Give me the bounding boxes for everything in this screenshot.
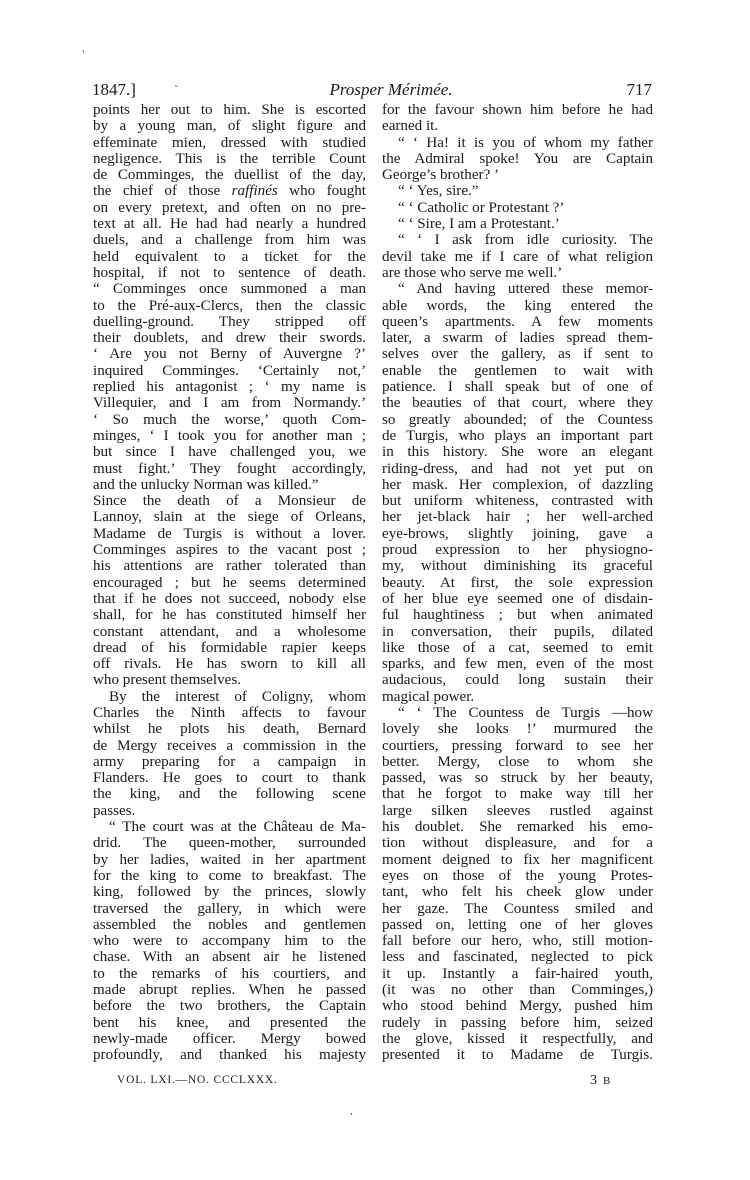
text-line: are those who serve me well.’ xyxy=(382,265,653,281)
text-line: better. Mergy, close to whom she xyxy=(382,754,653,770)
text-line: “ ‘ The Countess de Turgis —how xyxy=(382,705,653,721)
text-line: George’s brother? ’ xyxy=(382,167,653,183)
text-line: hospital, if not to sentence of death. xyxy=(93,265,366,281)
text-line: (it was no other than Comminges,) xyxy=(382,982,653,998)
text-line: less and fascinated, neglected to pick xyxy=(382,949,653,965)
volume-signature: VOL. LXI.—NO. CCCLXXX. xyxy=(117,1074,278,1086)
sheet-letter: B xyxy=(603,1075,610,1087)
text-line: later, a swarm of ladies spread them- xyxy=(382,330,653,346)
text-line: who stood behind Mergy, pushed him xyxy=(382,998,653,1014)
text-line: ‘ Are you not Berny of Auvergne ?’ xyxy=(93,346,366,362)
text-line: but uniform whiteness, contrasted with xyxy=(382,493,653,509)
text-line: in conversation, their pupils, dilated xyxy=(382,624,653,640)
text-line: to the remarks of his courtiers, and xyxy=(93,966,366,982)
text-line: their doublets, and drew their swords. xyxy=(93,330,366,346)
text-line: ‘ So much the worse,’ quoth Com- xyxy=(93,412,366,428)
text-line: by a young man, of slight figure and xyxy=(93,118,366,134)
text-line: passes. xyxy=(93,803,366,819)
text-line: held equivalent to a ticket for the xyxy=(93,249,366,265)
text-line: king, followed by the princes, slowly xyxy=(93,884,366,900)
scan-speck: , xyxy=(350,1107,353,1117)
text-line: but since I have challenged you, we xyxy=(93,444,366,460)
text-line: selves over the gallery, as if sent to xyxy=(382,346,653,362)
text-line: her gaze. The Countess smiled and xyxy=(382,901,653,917)
italic-term: raffinés xyxy=(232,183,278,199)
text-line: Charles the Ninth affects to favour xyxy=(93,705,366,721)
text-line: whilst he plots his death, Bernard xyxy=(93,721,366,737)
text-line: his attentions are rather tolerated than xyxy=(93,558,366,574)
text-line: off rivals. He has sworn to kill all xyxy=(93,656,366,672)
text-line: duels, and a challenge from him was xyxy=(93,232,366,248)
text-line: Comminges aspires to the vacant post ; xyxy=(93,542,366,558)
text-line: inquired Comminges. ‘Certainly not,’ xyxy=(93,363,366,379)
text-line: de Mergy receives a commission in the xyxy=(93,738,366,754)
text-line: newly-made officer. Mergy bowed xyxy=(93,1031,366,1047)
text-line: negligence. This is the terrible Count xyxy=(93,151,366,167)
text-line: riding-dress, and had not yet put on xyxy=(382,461,653,477)
text-line: army preparing for a campaign in xyxy=(93,754,366,770)
text-line: for the king to come to breakfast. The xyxy=(93,868,366,884)
text-line: who were to accompany him to the xyxy=(93,933,366,949)
text-line: his doublet. She remarked his emo- xyxy=(382,819,653,835)
text-line: passed, was so struck by her beauty, xyxy=(382,770,653,786)
text-line: replied his antagonist ; ‘ my name is xyxy=(93,379,366,395)
text-line: eyes on those of the young Protes- xyxy=(382,868,653,884)
text-line: the Admiral spoke! You are Captain xyxy=(382,151,653,167)
sheet-signature: 3B xyxy=(590,1073,610,1089)
text-line: Villequier, and I am from Normandy.’ xyxy=(93,395,366,411)
text-line: in this history. She wore an elegant xyxy=(382,444,653,460)
text-line: points her out to him. She is escorted xyxy=(93,102,366,118)
text-line: passed on, letting one of her gloves xyxy=(382,917,653,933)
text-line: dread of his formidable rapier keeps xyxy=(93,640,366,656)
text-line: magical power. xyxy=(382,689,653,705)
text-line: fall before our hero, who, still motion- xyxy=(382,933,653,949)
scan-speck: ' xyxy=(82,50,84,60)
text-line: text at all. He had had nearly a hundred xyxy=(93,216,366,232)
text-line: large silken sleeves rustled against xyxy=(382,803,653,819)
text-line: it up. Instantly a fair-haired youth, xyxy=(382,966,653,982)
text-line: Madame de Turgis is without a lover. xyxy=(93,526,366,542)
text-line: proud expression to her physiogno- xyxy=(382,542,653,558)
text-line: and the unlucky Norman was killed.” xyxy=(93,477,366,493)
text-line: chase. With an absent air he listened xyxy=(93,949,366,965)
text-line: de Comminges, the duellist of the day, xyxy=(93,167,366,183)
text-line: that he forgot to make way till her xyxy=(382,786,653,802)
text-line: ful haughtiness ; but when animated xyxy=(382,607,653,623)
text-line: courtiers, pressing forward to see her xyxy=(382,738,653,754)
text-line: “ ‘ Catholic or Protestant ?’ xyxy=(382,200,653,216)
text-line: profoundly, and thanked his majesty xyxy=(93,1047,366,1063)
text-line: by her ladies, waited in her apartment xyxy=(93,852,366,868)
text-line: made abrupt replies. When he passed xyxy=(93,982,366,998)
text-line: “ The court was at the Château de Ma- xyxy=(93,819,366,835)
text-line: enable the gentlemen to wait with xyxy=(382,363,653,379)
text-line: “ ‘ Yes, sire.” xyxy=(382,183,653,199)
text-line: duelling-ground. They stripped off xyxy=(93,314,366,330)
text-line: so greatly abounded; of the Countess xyxy=(382,412,653,428)
text-line: to the Pré-aux-Clercs, then the classic xyxy=(93,298,366,314)
text-line: rudely in passing before him, seized xyxy=(382,1015,653,1031)
text-line: assembled the nobles and gentlemen xyxy=(93,917,366,933)
text-line: the chief of those raffinés who fought xyxy=(93,183,366,199)
text-line: tion without displeasure, and for a xyxy=(382,835,653,851)
page-number: 717 xyxy=(627,80,653,100)
text-line: de Turgis, who plays an important part xyxy=(382,428,653,444)
text-line: presented it to Madame de Turgis. xyxy=(382,1047,653,1063)
text-line: sparks, and few men, even of the most xyxy=(382,656,653,672)
text-line: moment deigned to fix her magnificent xyxy=(382,852,653,868)
text-line: traversed the gallery, in which were xyxy=(93,901,366,917)
text-line: of her blue eye seemed one of disdain- xyxy=(382,591,653,607)
text-line: patience. I shall speak but of one of xyxy=(382,379,653,395)
text-line: able words, the king entered the xyxy=(382,298,653,314)
text-line: her jet-black hair ; her well-arched xyxy=(382,509,653,525)
text-line: her mask. Her complexion, of dazzling xyxy=(382,477,653,493)
text-line: bent his knee, and presented the xyxy=(93,1015,366,1031)
text-line: Since the death of a Monsieur de xyxy=(93,493,366,509)
text-line: constant attendant, and a wholesome xyxy=(93,624,366,640)
text-line: “ Comminges once summoned a man xyxy=(93,281,366,297)
text-line: effeminate mien, dressed with studied xyxy=(93,135,366,151)
text-line: minges, ‘ I took you for another man ; xyxy=(93,428,366,444)
text-line: Flanders. He goes to court to thank xyxy=(93,770,366,786)
text-line: the glove, kissed it respectfully, and xyxy=(382,1031,653,1047)
text-line: tant, who felt his cheek glow under xyxy=(382,884,653,900)
left-column: points her out to him. She is escortedby… xyxy=(93,102,366,1064)
text-line: for the favour shown him before he had xyxy=(382,102,653,118)
text-line: on every pretext, and often on no pre- xyxy=(93,200,366,216)
text-line: audacious, could long sustain their xyxy=(382,672,653,688)
text-line: my, without diminishing its graceful xyxy=(382,558,653,574)
text-line: encouraged ; but he seems determined xyxy=(93,575,366,591)
text-line: earned it. xyxy=(382,118,653,134)
sheet-number: 3 xyxy=(590,1073,597,1088)
text-line: before the two brothers, the Captain xyxy=(93,998,366,1014)
running-header: 1847.] Prosper Mérimée. 717 xyxy=(92,80,652,100)
text-line: the beauties of that court, where they xyxy=(382,395,653,411)
text-line: devil take me if I care of what religion xyxy=(382,249,653,265)
right-column: for the favour shown him before he hadea… xyxy=(382,102,653,1064)
text-line: eye-brows, slightly joining, gave a xyxy=(382,526,653,542)
text-line: must fight.’ They fought accordingly, xyxy=(93,461,366,477)
text-line: By the interest of Coligny, whom xyxy=(93,689,366,705)
document-page: ' ˇ , 1847.] Prosper Mérimée. 717 points… xyxy=(0,0,750,1180)
text-line: drid. The queen-mother, surrounded xyxy=(93,835,366,851)
text-line: “ ‘ I ask from idle curiosity. The xyxy=(382,232,653,248)
text-line: shall, for he has constituted himself he… xyxy=(93,607,366,623)
text-line: queen’s apartments. A few moments xyxy=(382,314,653,330)
text-line: the king, and the following scene xyxy=(93,786,366,802)
text-line: like those of a cat, seemed to emit xyxy=(382,640,653,656)
header-title: Prosper Mérimée. xyxy=(92,80,652,100)
text-line: “ ‘ Ha! it is you of whom my father xyxy=(382,135,653,151)
text-line: “ ‘ Sire, I am a Protestant.’ xyxy=(382,216,653,232)
text-line: Lannoy, slain at the siege of Orleans, xyxy=(93,509,366,525)
text-line: that if he does not succeed, nobody else xyxy=(93,591,366,607)
text-line: who present themselves. xyxy=(93,672,366,688)
text-line: “ And having uttered these memor- xyxy=(382,281,653,297)
text-line: beauty. At first, the sole expression xyxy=(382,575,653,591)
text-line: lovely she looks !’ murmured the xyxy=(382,721,653,737)
